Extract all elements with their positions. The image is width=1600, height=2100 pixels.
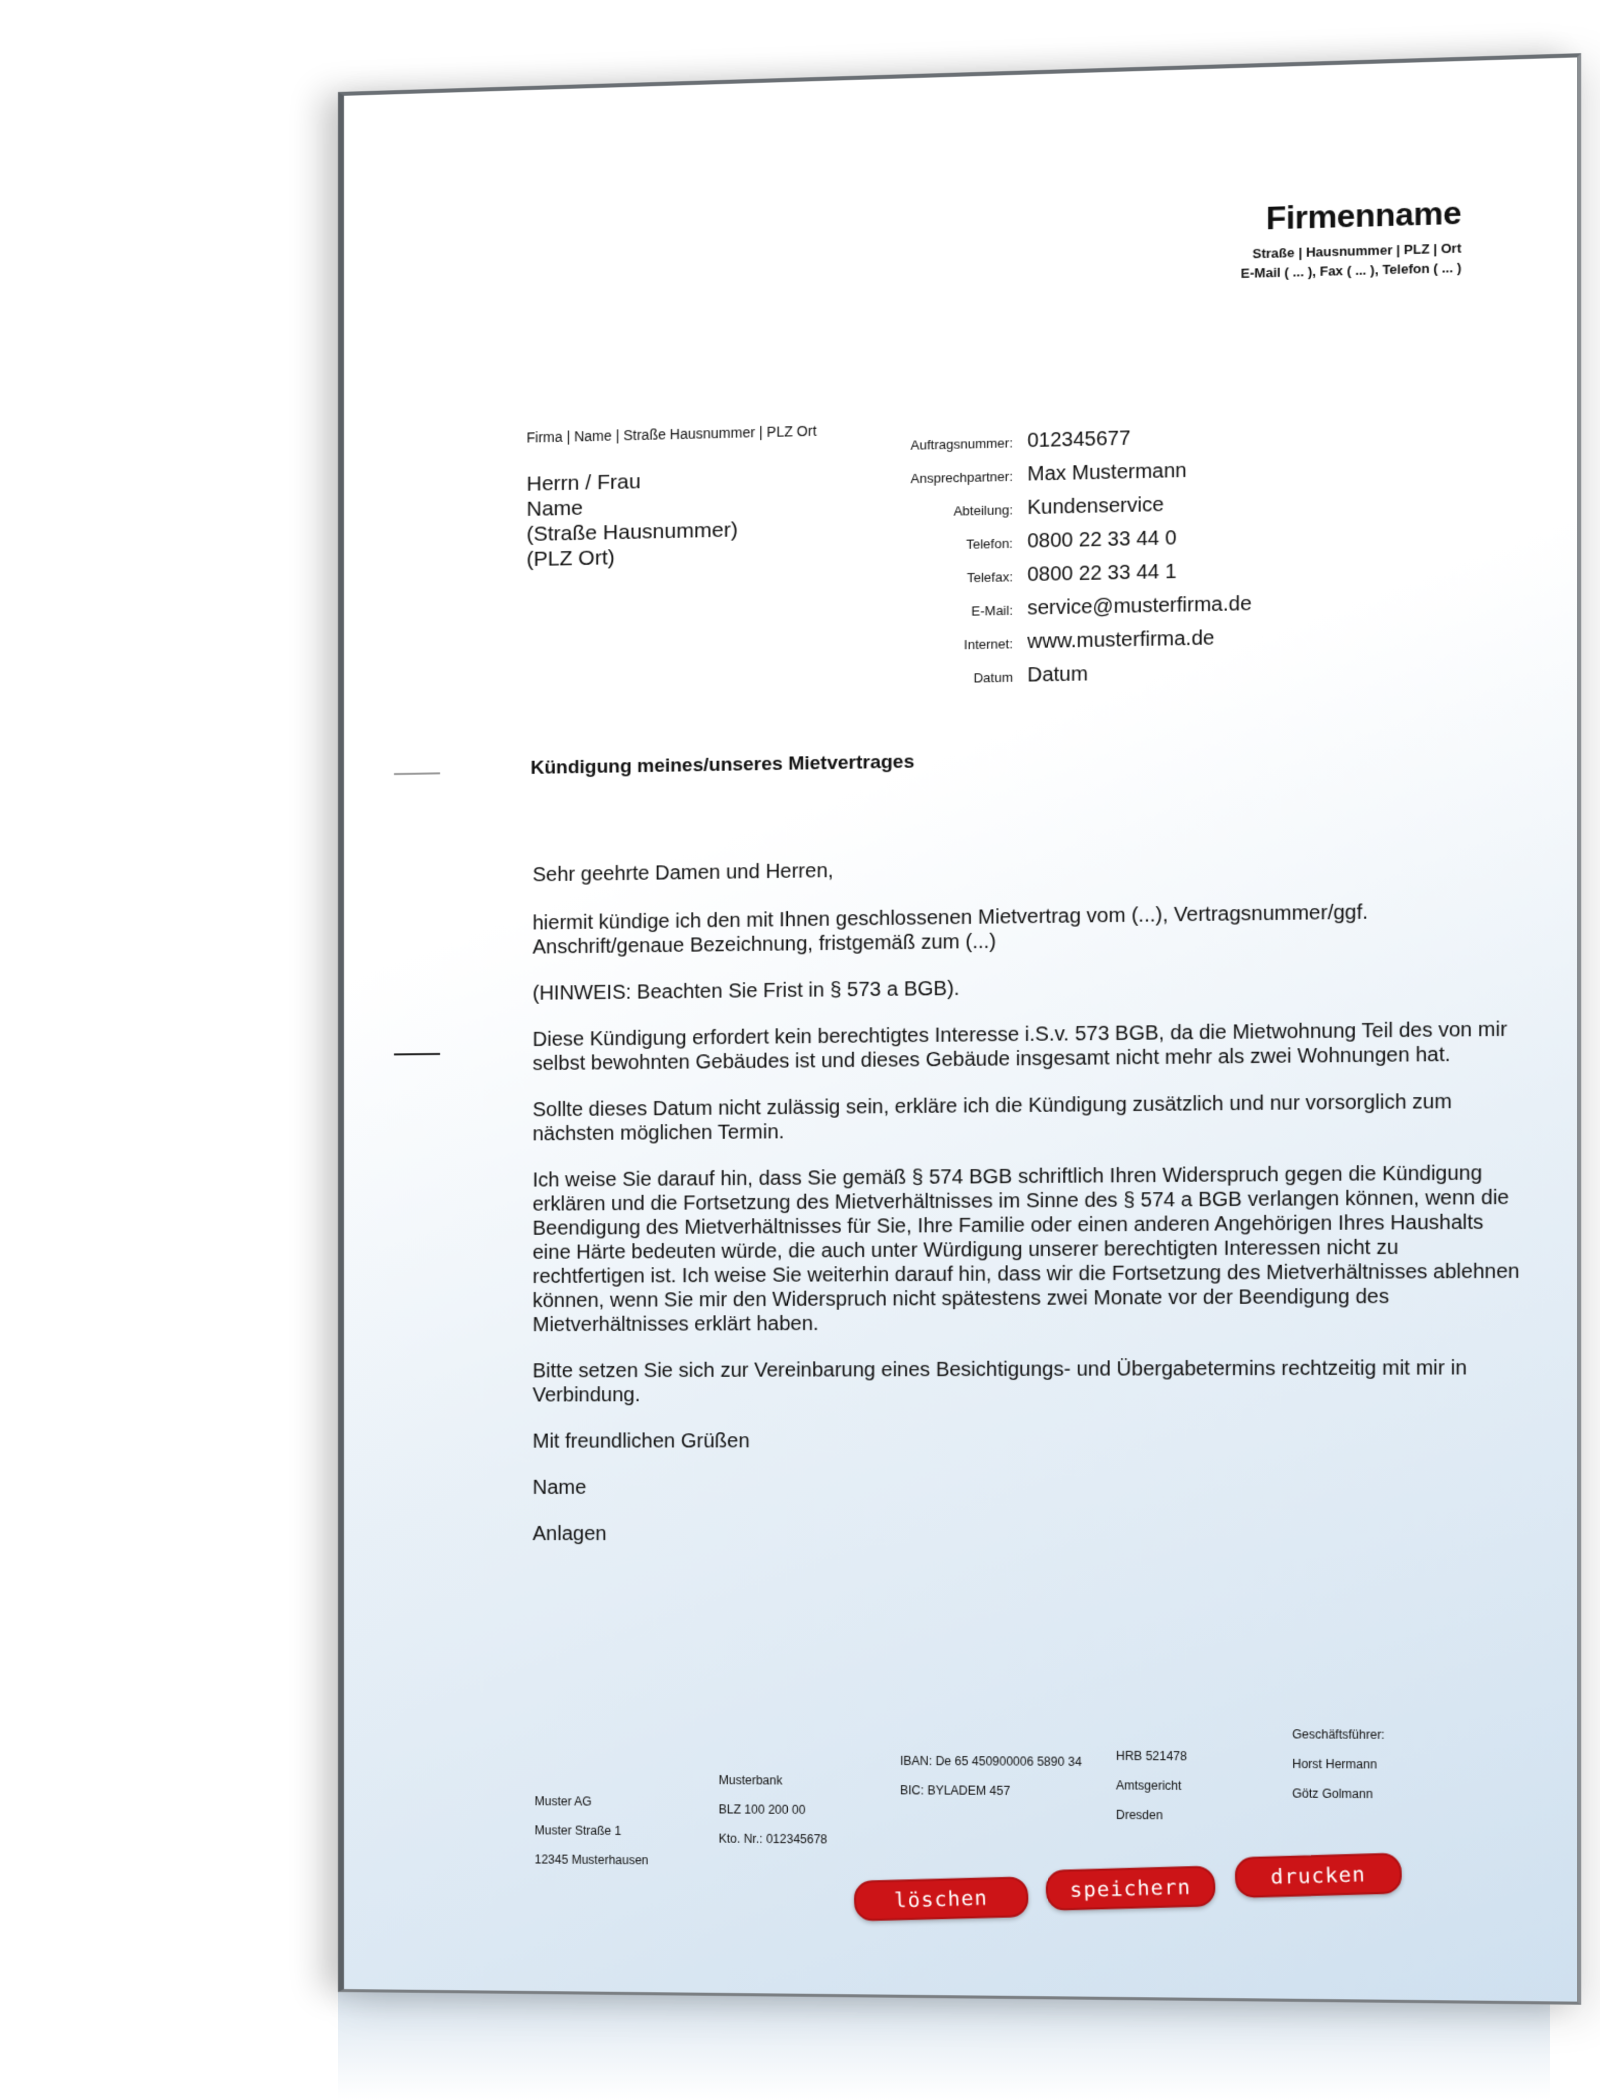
footer-text: IBAN: De 65 450900006 5890 34	[900, 1747, 1082, 1777]
letter-subject: Kündigung meines/unseres Mietvertrages	[531, 751, 915, 779]
footer-text: Geschäftsführer:	[1292, 1720, 1385, 1750]
info-label: Datum	[859, 669, 1027, 687]
footer-text: Götz Golmann	[1292, 1779, 1385, 1809]
info-row: DatumDatum	[859, 660, 1252, 701]
footer-text: HRB 521478	[1116, 1742, 1187, 1772]
letterhead: Firmenname Straße | Hausnummer | PLZ | O…	[1241, 194, 1462, 281]
footer-text: Horst Hermann	[1292, 1750, 1385, 1780]
footer-text: Muster Straße 1	[535, 1816, 649, 1846]
closing: Mit freundlichen Grüßen	[533, 1428, 1521, 1454]
body-paragraph: Diese Kündigung erfordert kein berechtig…	[533, 1017, 1521, 1076]
recipient-street: (Straße Hausnummer)	[527, 517, 738, 547]
letter-body: Sehr geehrte Damen und Herren, hiermit k…	[533, 849, 1521, 1569]
info-label: Auftragsnummer:	[859, 435, 1027, 454]
page-reflection	[338, 1992, 1550, 2100]
footer-text: Dresden	[1116, 1801, 1187, 1831]
footer-iban: IBAN: De 65 450900006 5890 34 BIC: BYLAD…	[900, 1747, 1082, 1807]
info-value: service@musterfirma.de	[1027, 593, 1251, 621]
save-button[interactable]: speichern	[1045, 1866, 1216, 1911]
info-label: Abteilung:	[859, 502, 1027, 521]
recipient-city: (PLZ Ort)	[527, 543, 738, 573]
info-label: Telefon:	[859, 535, 1027, 554]
punch-mark	[394, 1053, 440, 1055]
company-address: Straße | Hausnummer | PLZ | Ort	[1241, 240, 1462, 261]
body-paragraph: (HINWEIS: Beachten Sie Frist in § 573 a …	[533, 970, 1521, 1006]
body-paragraph: hiermit kündige ich den mit Ihnen geschl…	[533, 898, 1521, 959]
footer-text: BIC: BYLADEM 457	[900, 1776, 1082, 1806]
footer-text: Musterbank	[719, 1766, 828, 1796]
footer-management: Geschäftsführer: Horst Hermann Götz Golm…	[1292, 1720, 1385, 1809]
greeting: Sehr geehrte Damen und Herren,	[533, 849, 1521, 887]
attachments: Anlagen	[533, 1522, 1521, 1547]
body-paragraph: Bitte setzen Sie sich zur Vereinbarung e…	[533, 1356, 1521, 1408]
footer-register: HRB 521478 Amtsgericht Dresden	[1116, 1742, 1187, 1831]
footer-text: BLZ 100 200 00	[719, 1795, 828, 1825]
info-label: E-Mail:	[859, 602, 1027, 620]
body-paragraph: Sollte dieses Datum nicht zulässig sein,…	[533, 1089, 1521, 1146]
footer-company: Muster AG Muster Straße 1 12345 Musterha…	[535, 1787, 649, 1875]
footer-bank: Musterbank BLZ 100 200 00 Kto. Nr.: 0123…	[719, 1766, 828, 1855]
footer-text: Kto. Nr.: 012345678	[719, 1824, 828, 1854]
info-value: Datum	[1027, 663, 1088, 687]
company-contact: E-Mail ( ... ), Fax ( ... ), Telefon ( .…	[1241, 260, 1462, 281]
info-value: 0800 22 33 44 0	[1027, 527, 1176, 554]
signature-name: Name	[533, 1475, 1521, 1500]
info-value: Max Mustermann	[1027, 460, 1187, 487]
info-value: 0800 22 33 44 1	[1027, 561, 1176, 587]
print-button[interactable]: drucken	[1234, 1853, 1402, 1898]
info-label: Ansprechpartner:	[859, 468, 1027, 487]
footer-text: Muster AG	[535, 1787, 649, 1817]
footer-text: Amtsgericht	[1116, 1771, 1187, 1801]
info-label: Internet:	[859, 636, 1027, 654]
info-value: www.musterfirma.de	[1027, 627, 1214, 654]
fold-mark	[394, 772, 440, 775]
document-page: Firmenname Straße | Hausnummer | PLZ | O…	[338, 53, 1581, 2005]
info-block: Auftragsnummer:012345677 Ansprechpartner…	[859, 425, 1252, 701]
recipient-address: Herrn / Frau Name (Straße Hausnummer) (P…	[527, 467, 738, 572]
footer-text: 12345 Musterhausen	[535, 1845, 649, 1875]
body-paragraph: Ich weise Sie darauf hin, dass Sie gemäß…	[533, 1161, 1521, 1337]
info-label: Telefax:	[859, 569, 1027, 588]
sender-line: Firma | Name | Straße Hausnummer | PLZ O…	[527, 423, 817, 446]
company-name: Firmenname	[1241, 194, 1462, 238]
info-value: 012345677	[1027, 427, 1130, 453]
document-page-wrapper: Firmenname Straße | Hausnummer | PLZ | O…	[338, 53, 1581, 2005]
delete-button[interactable]: löschen	[853, 1876, 1029, 1921]
info-value: Kundenservice	[1027, 494, 1164, 520]
